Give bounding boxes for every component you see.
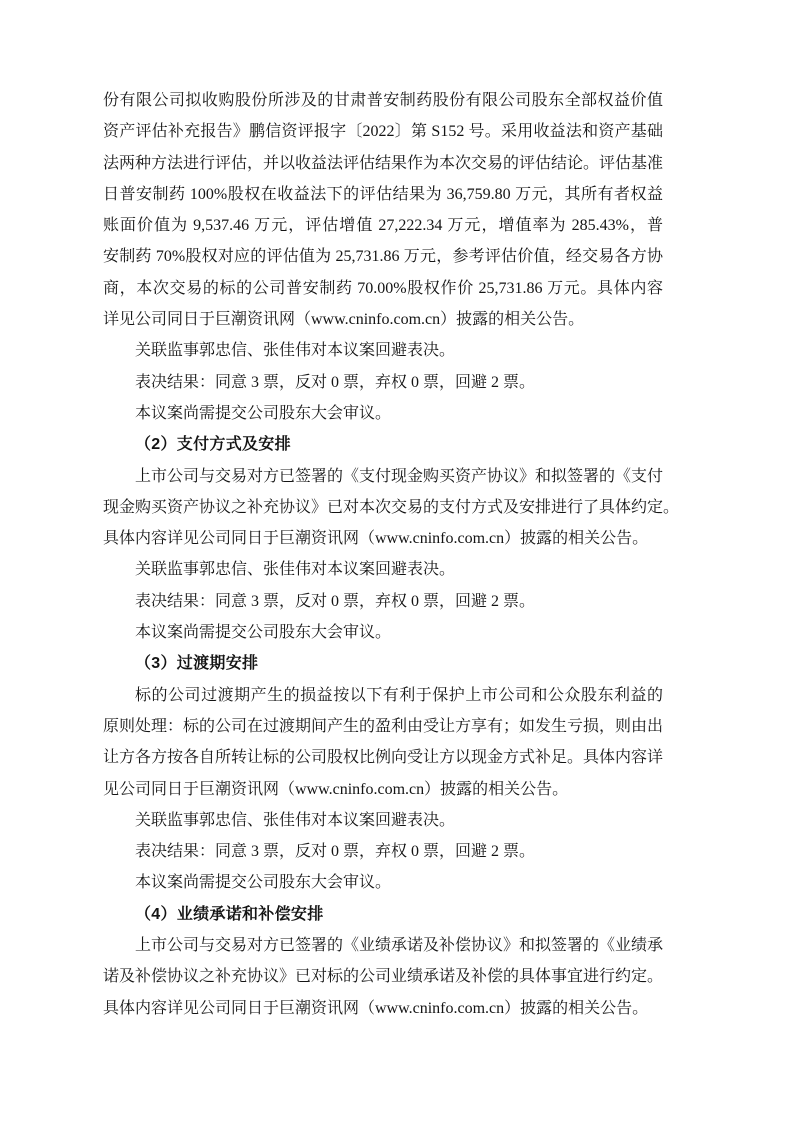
text-line: 让方各方按各自所转让标的公司股权比例向受让方以现金方式补足。具体内容详 bbox=[103, 742, 663, 773]
text-line: 关联监事郭忠信、张佳伟对本议案回避表决。 bbox=[103, 554, 663, 585]
text-line: 标的公司过渡期产生的损益按以下有利于保护上市公司和公众股东利益的 bbox=[103, 680, 663, 711]
text-line: 本议案尚需提交公司股东大会审议。 bbox=[103, 867, 663, 898]
text-line: 见公司同日于巨潮资讯网（www.cninfo.com.cn）披露的相关公告。 bbox=[103, 774, 663, 805]
text-line: 现金购买资产协议之补充协议》已对本次交易的支付方式及安排进行了具体约定。 bbox=[103, 492, 663, 523]
text-line: 日普安制药 100%股权在收益法下的评估结果为 36,759.80 万元，其所有… bbox=[103, 179, 663, 210]
text-line: 表决结果：同意 3 票，反对 0 票，弃权 0 票，回避 2 票。 bbox=[103, 836, 663, 867]
document-page: 份有限公司拟收购股份所涉及的甘肃普安制药股份有限公司股东全部权益价值资产评估补充… bbox=[0, 0, 793, 1122]
text-line: 法两种方法进行评估，并以收益法评估结果作为本次交易的评估结论。评估基准 bbox=[103, 148, 663, 179]
text-line: 原则处理：标的公司在过渡期间产生的盈利由受让方享有；如发生亏损，则由出 bbox=[103, 711, 663, 742]
text-line: 商，本次交易的标的公司普安制药 70.00%股权作价 25,731.86 万元。… bbox=[103, 273, 663, 304]
section-heading: （2）支付方式及安排 bbox=[103, 429, 663, 460]
text-line: 本议案尚需提交公司股东大会审议。 bbox=[103, 398, 663, 429]
text-line: 上市公司与交易对方已签署的《业绩承诺及补偿协议》和拟签署的《业绩承 bbox=[103, 930, 663, 961]
text-line: 详见公司同日于巨潮资讯网（www.cninfo.com.cn）披露的相关公告。 bbox=[103, 304, 663, 335]
text-line: 诺及补偿协议之补充协议》已对标的公司业绩承诺及补偿的具体事宜进行约定。 bbox=[103, 961, 663, 992]
text-line: 关联监事郭忠信、张佳伟对本议案回避表决。 bbox=[103, 335, 663, 366]
text-line: 具体内容详见公司同日于巨潮资讯网（www.cninfo.com.cn）披露的相关… bbox=[103, 523, 663, 554]
text-line: 具体内容详见公司同日于巨潮资讯网（www.cninfo.com.cn）披露的相关… bbox=[103, 993, 663, 1024]
section-heading: （4）业绩承诺和补偿安排 bbox=[103, 899, 663, 930]
text-line: 安制药 70%股权对应的评估值为 25,731.86 万元，参考评估价值，经交易… bbox=[103, 241, 663, 272]
text-line: 账面价值为 9,537.46 万元，评估增值 27,222.34 万元，增值率为… bbox=[103, 210, 663, 241]
section-heading: （3）过渡期安排 bbox=[103, 648, 663, 679]
document-content: 份有限公司拟收购股份所涉及的甘肃普安制药股份有限公司股东全部权益价值资产评估补充… bbox=[103, 85, 663, 1024]
text-line: 资产评估补充报告》鹏信资评报字〔2022〕第 S152 号。采用收益法和资产基础 bbox=[103, 116, 663, 147]
text-line: 关联监事郭忠信、张佳伟对本议案回避表决。 bbox=[103, 805, 663, 836]
text-line: 份有限公司拟收购股份所涉及的甘肃普安制药股份有限公司股东全部权益价值 bbox=[103, 85, 663, 116]
text-line: 表决结果：同意 3 票，反对 0 票，弃权 0 票，回避 2 票。 bbox=[103, 586, 663, 617]
text-line: 本议案尚需提交公司股东大会审议。 bbox=[103, 617, 663, 648]
text-line: 上市公司与交易对方已签署的《支付现金购买资产协议》和拟签署的《支付 bbox=[103, 461, 663, 492]
text-line: 表决结果：同意 3 票，反对 0 票，弃权 0 票，回避 2 票。 bbox=[103, 367, 663, 398]
